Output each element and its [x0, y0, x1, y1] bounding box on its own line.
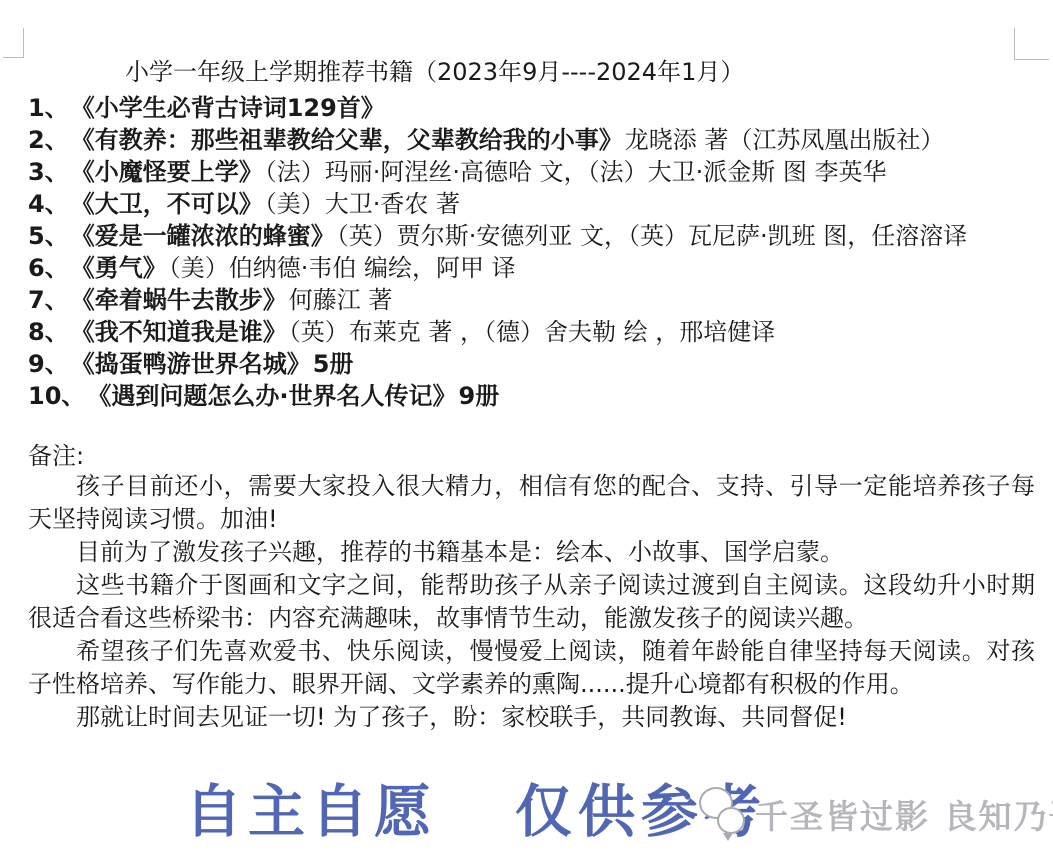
- book-number: 7、: [28, 286, 69, 314]
- book-number: 9、: [28, 350, 69, 378]
- book-title: 《有教养：那些祖辈教给父辈，父辈教给我的小事》: [83, 126, 623, 154]
- book-title: 《爱是一罐浓浓的蜂蜜》: [83, 222, 335, 250]
- book-list-item: 3、《小魔怪要上学》（法）玛丽·阿涅丝·高德哈 文，（法）大卫·派金斯 图 李英…: [28, 156, 1043, 188]
- notes-paragraph: 目前为了激发孩子兴趣，推荐的书籍基本是：绘本、小故事、国学启蒙。: [28, 536, 1035, 569]
- book-list-item: 4、《大卫，不可以》（美）大卫·香农 著: [28, 188, 1043, 220]
- slogan-voluntary: 自主自愿: [185, 779, 437, 845]
- notes-paragraph: 那就让时间去见证一切! 为了孩子，盼：家校联手，共同教诲、共同督促!: [28, 701, 1035, 734]
- book-list: 1、《小学生必背古诗词129首》 2、《有教养：那些祖辈教给父辈，父辈教给我的小…: [28, 92, 1043, 412]
- book-number: 5、: [28, 222, 69, 250]
- chat-bubbles-icon: [697, 785, 749, 843]
- book-title: 《勇气》: [83, 254, 167, 282]
- notes-paragraph: 孩子目前还小，需要大家投入很大精力，相信有您的配合、支持、引导一定能培养孩子每天…: [28, 470, 1035, 536]
- text-boundary-mark-top-right: [1014, 28, 1049, 60]
- book-number: 10、: [28, 382, 85, 410]
- book-list-item: 8、《我不知道我是谁》（英）布莱克 著 ，（德）舍夫勒 绘 ，邢培健译: [28, 316, 1043, 348]
- notes-body: 孩子目前还小，需要大家投入很大精力，相信有您的配合、支持、引导一定能培养孩子每天…: [28, 470, 1035, 734]
- book-number: 1、: [28, 94, 69, 122]
- book-list-item: 10、《遇到问题怎么办·世界名人传记》9册: [28, 380, 1043, 412]
- book-list-item: 5、《爱是一罐浓浓的蜂蜜》（英）贾尔斯·安德列亚 文，（英）瓦尼萨·凯班 图，任…: [28, 220, 1043, 252]
- book-authors: 龙晓添 著（江苏凤凰出版社）: [625, 126, 945, 154]
- book-volume-count: 9册: [459, 382, 500, 410]
- book-authors: 何藤江 著: [289, 286, 393, 314]
- book-title: 《牵着蜗牛去散步》: [83, 286, 287, 314]
- book-authors: （美）伯纳德·韦伯 编绘，阿甲 译: [169, 254, 516, 282]
- footer-slogan: 自主自愿仅供参考: [185, 766, 767, 848]
- notes-label: 备注:: [28, 440, 84, 472]
- book-authors: （英）布莱克 著 ，（德）舍夫勒 绘 ，邢培健译: [289, 318, 776, 346]
- notes-paragraph: 这些书籍介于图画和文字之间，能帮助孩子从亲子阅读过渡到自主阅读。这段幼升小时期很…: [28, 569, 1035, 635]
- book-title: 《大卫，不可以》: [83, 190, 263, 218]
- book-title: 《捣蛋鸭游世界名城》: [83, 350, 311, 378]
- book-list-item: 7、《牵着蜗牛去散步》何藤江 著: [28, 284, 1043, 316]
- book-title: 《遇到问题怎么办·世界名人传记》: [99, 382, 456, 410]
- book-authors: （法）玛丽·阿涅丝·高德哈 文，（法）大卫·派金斯 图 李英华: [265, 158, 887, 186]
- book-title: 《我不知道我是谁》: [83, 318, 287, 346]
- book-title: 《小学生必背古诗词129首》: [83, 94, 385, 122]
- book-number: 3、: [28, 158, 69, 186]
- watermark-text: 千圣皆过影 良知乃吾师: [755, 791, 1053, 838]
- book-authors: （英）贾尔斯·安德列亚 文，（英）瓦尼萨·凯班 图，任溶溶译: [337, 222, 968, 250]
- book-list-item: 2、《有教养：那些祖辈教给父辈，父辈教给我的小事》龙晓添 著（江苏凤凰出版社）: [28, 124, 1043, 156]
- text-boundary-mark-top-left: [3, 28, 24, 58]
- book-number: 2、: [28, 126, 69, 154]
- book-authors: （美）大卫·香农 著: [265, 190, 460, 218]
- watermark: 千圣皆过影 良知乃吾师: [697, 785, 1053, 843]
- book-number: 4、: [28, 190, 69, 218]
- book-list-item: 1、《小学生必背古诗词129首》: [28, 92, 1043, 124]
- book-list-item: 9、《捣蛋鸭游世界名城》5册: [28, 348, 1043, 380]
- notes-paragraph: 希望孩子们先喜欢爱书、快乐阅读，慢慢爱上阅读，随着年龄能自律坚持每天阅读。对孩子…: [28, 635, 1035, 701]
- book-number: 6、: [28, 254, 69, 282]
- book-list-item: 6、《勇气》（美）伯纳德·韦伯 编绘，阿甲 译: [28, 252, 1043, 284]
- book-title: 《小魔怪要上学》: [83, 158, 263, 186]
- document-title: 小学一年级上学期推荐书籍（2023年9月----2024年1月）: [125, 57, 744, 87]
- book-volume-count: 5册: [313, 350, 354, 378]
- book-number: 8、: [28, 318, 69, 346]
- document-page: 小学一年级上学期推荐书籍（2023年9月----2024年1月） 1、《小学生必…: [0, 0, 1053, 857]
